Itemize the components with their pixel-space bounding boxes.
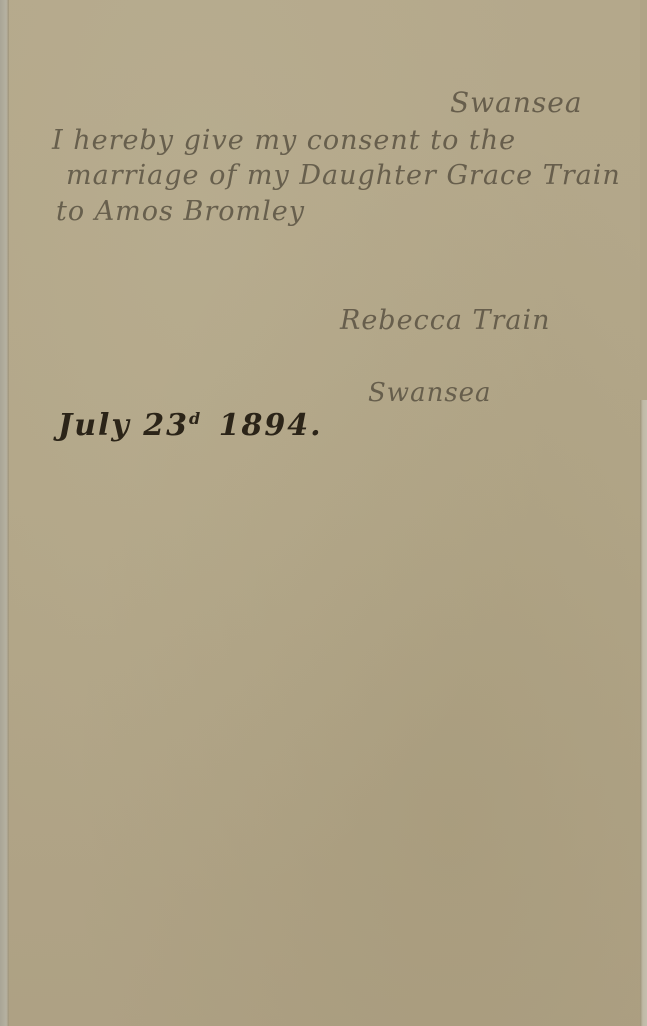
- date-day: 23: [143, 408, 189, 443]
- body-line-1: I hereby give my consent to the: [52, 125, 516, 156]
- signature-name: Rebecca Train: [340, 305, 551, 336]
- body-line-2: marriage of my Daughter Grace Train: [66, 160, 621, 191]
- header-place: Swansea: [450, 86, 583, 119]
- right-margin-strip: [640, 400, 647, 1026]
- left-margin-strip: [0, 0, 9, 1026]
- date-month: July: [58, 408, 131, 443]
- date-line: July 23d 1894.: [58, 408, 323, 443]
- date-day-suffix: d: [189, 409, 202, 428]
- date-year: 1894.: [219, 408, 323, 443]
- body-line-3: to Amos Bromley: [56, 196, 305, 227]
- signature-place: Swansea: [368, 378, 492, 408]
